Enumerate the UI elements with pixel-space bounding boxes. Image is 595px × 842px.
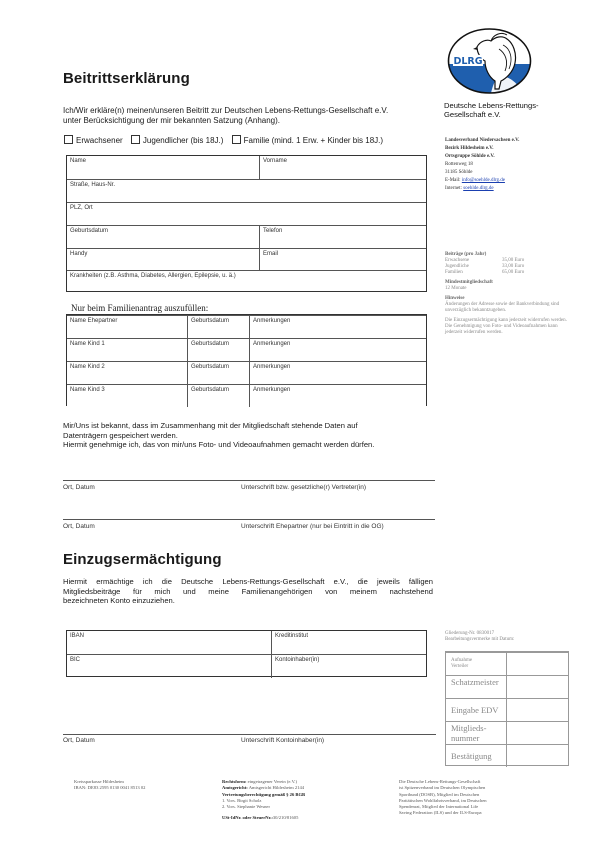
signature-line-spouse[interactable] [63, 519, 435, 520]
svg-text:DLRG: DLRG [453, 56, 482, 67]
family-notes-field[interactable]: Anmerkungen [249, 339, 426, 361]
handy-field[interactable]: Handy [67, 249, 259, 270]
family-birth-field[interactable]: Geburtsdatum [187, 316, 249, 338]
kreditinstitut-field[interactable]: Kreditinstitut [271, 631, 426, 654]
family-notes-field[interactable]: Anmerkungen [249, 362, 426, 384]
signature-line-member[interactable] [63, 480, 435, 481]
family-birth-field[interactable]: Geburtsdatum [187, 385, 249, 407]
telefon-field[interactable]: Telefon [259, 226, 426, 248]
bic-field[interactable]: BIC [67, 655, 271, 678]
sidebar-address: Landesverband Niedersachsen e.V. Bezirk … [445, 137, 585, 193]
family-birth-field[interactable]: Geburtsdatum [187, 362, 249, 384]
footer-about: Die Deutsche Lebens-Rettungs-Gesellschaf… [399, 779, 487, 817]
signature-line-account-holder[interactable] [63, 734, 436, 735]
sig1-place-date-label: Ort, Datum [63, 484, 95, 491]
processing-label: Eingabe EDV [446, 699, 507, 721]
processing-row: Bestätigung [446, 744, 568, 767]
family-birth-field[interactable]: Geburtsdatum [187, 339, 249, 361]
email-field[interactable]: Email [259, 249, 426, 270]
geburtsdatum-field[interactable]: Geburtsdatum [67, 226, 259, 248]
family-name-field[interactable]: Name Ehepartner [67, 316, 187, 338]
bank-data-table: IBAN Kreditinstitut BIC Kontoinhaber(in) [66, 630, 427, 677]
checkbox-family[interactable] [232, 135, 241, 144]
family-name-field[interactable]: Name Kind 3 [67, 385, 187, 407]
processing-table: Aufnahme Verteiler Schatzmeister Eingabe… [445, 651, 569, 766]
strasse-field[interactable]: Straße, Haus-Nr. [67, 180, 426, 202]
sidebar-fees: Beiträge (pro Jahr) Erwachsene35,00 Euro… [445, 252, 585, 336]
processing-row: Mitglieds-nummer [446, 721, 568, 744]
footer-bank: Kreissparkasse Hildesheim IBAN: DE83 259… [74, 779, 145, 792]
option-youth[interactable]: Jugendlicher (bis 18J.) [131, 136, 223, 145]
sig3-signature-label: Unterschrift Kontoinhaber(in) [241, 737, 324, 744]
family-row: Name Kind 3 Geburtsdatum Anmerkungen [67, 384, 426, 407]
data-consent-text: Mir/Uns ist bekannt, dass im Zusammenhan… [63, 421, 374, 450]
family-notes-field[interactable]: Anmerkungen [249, 385, 426, 407]
sig2-place-date-label: Ort, Datum [63, 523, 95, 530]
org-name: Deutsche Lebens-Rettungs- Gesellschaft e… [444, 101, 539, 119]
processing-header: Gliederung-Nr. 0830017 Bearbeitungsverme… [445, 631, 514, 643]
fees-list: Erwachsene35,00 EuroJugendliche33,00 Eur… [445, 258, 585, 276]
processing-label: Aufnahme Verteiler [446, 653, 507, 675]
family-notes-field[interactable]: Anmerkungen [249, 316, 426, 338]
footer-legal: Rechtsform: eingetragener Verein (e.V.) … [222, 779, 305, 822]
personal-data-table: Name Vorname Straße, Haus-Nr. PLZ, Ort G… [66, 155, 427, 292]
name-field[interactable]: Name [67, 156, 259, 179]
membership-type-options: Erwachsener Jugendlicher (bis 18J.) Fami… [64, 135, 383, 145]
checkbox-adult[interactable] [64, 135, 73, 144]
iban-field[interactable]: IBAN [67, 631, 271, 654]
processing-label: Mitglieds-nummer [446, 722, 507, 744]
processing-label: Bestätigung [446, 745, 507, 767]
vorname-field[interactable]: Vorname [259, 156, 426, 179]
option-adult[interactable]: Erwachsener [64, 136, 123, 145]
processing-row: Schatzmeister [446, 675, 568, 698]
sepa-title: Einzugsermächtigung [63, 551, 222, 568]
family-row: Name Ehepartner Geburtsdatum Anmerkungen [67, 315, 426, 338]
website-link[interactable]: soehlde.dlrg.de [463, 186, 493, 191]
checkbox-youth[interactable] [131, 135, 140, 144]
kontoinhaber-field[interactable]: Kontoinhaber(in) [271, 655, 426, 678]
processing-row: Eingabe EDV [446, 698, 568, 721]
option-family[interactable]: Familie (mind. 1 Erw. + Kinder bis 18J.) [232, 136, 383, 145]
plz-ort-field[interactable]: PLZ, Ort [67, 203, 426, 225]
krankheiten-field[interactable]: Krankheiten (z.B. Asthma, Diabetes, Alle… [67, 271, 426, 293]
sig3-place-date-label: Ort, Datum [63, 737, 95, 744]
email-link[interactable]: info@soehlde.dlrg.de [462, 178, 505, 183]
family-heading: Nur beim Familienantrag auszufüllen: [71, 303, 208, 313]
processing-label: Schatzmeister [446, 676, 507, 698]
fee-item: Familien65,00 Euro [445, 270, 585, 276]
family-name-field[interactable]: Name Kind 1 [67, 339, 187, 361]
family-row: Name Kind 2 Geburtsdatum Anmerkungen [67, 361, 426, 384]
family-row: Name Kind 1 Geburtsdatum Anmerkungen [67, 338, 426, 361]
family-name-field[interactable]: Name Kind 2 [67, 362, 187, 384]
sig1-signature-label: Unterschrift bzw. gesetzliche(r) Vertret… [241, 484, 366, 491]
membership-intro: Ich/Wir erkläre(n) meinen/unseren Beitri… [63, 106, 388, 125]
eagle-logo-icon: DLRG [447, 27, 532, 95]
processing-row: Aufnahme Verteiler [446, 652, 568, 675]
sig2-signature-label: Unterschrift Ehepartner (nur bei Eintrit… [241, 523, 384, 530]
family-table: Name Ehepartner Geburtsdatum Anmerkungen… [66, 314, 427, 406]
membership-title: Beitrittserklärung [63, 70, 190, 87]
sepa-text: Hiermit ermächtige ich die Deutsche Lebe… [63, 577, 433, 606]
dlrg-logo: DLRG [447, 27, 532, 95]
